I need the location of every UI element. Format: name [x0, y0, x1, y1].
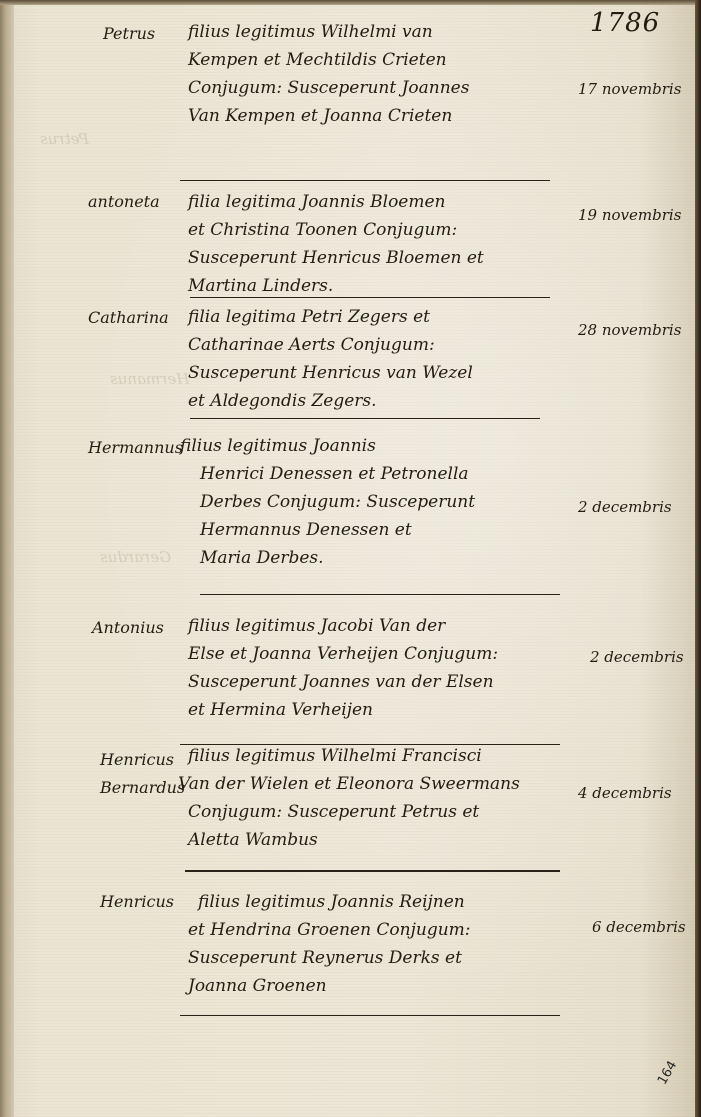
entry-line: Maria Derbes.: [200, 544, 580, 572]
entry-text: filius legitimus Wilhelmi Francisci Van …: [188, 742, 568, 854]
entry-line: et Hermina Verheijen: [188, 696, 568, 724]
baptism-date: 2 decembris: [578, 498, 672, 516]
entry-line: Aletta Wambus: [188, 826, 568, 854]
entry-line: Henrici Denessen et Petronella: [200, 460, 580, 488]
child-name: Henricus Bernardus: [100, 746, 190, 802]
entry-text: filius legitimus Joannis Reijnen et Hend…: [188, 888, 568, 1000]
entry-line: Susceperunt Reynerus Derks et: [188, 944, 568, 972]
baptism-date: 4 decembris: [578, 784, 672, 802]
entry-divider: [190, 418, 540, 419]
entry-line: filius legitimus Jacobi Van der: [188, 612, 568, 640]
entry-line: filius legitimus Joannis: [180, 432, 580, 460]
entry-line: Van Kempen et Joanna Crieten: [188, 102, 568, 130]
entry-line: Conjugum: Susceperunt Joannes: [188, 74, 568, 102]
entry-text: filius legitimus Wilhelmi van Kempen et …: [188, 18, 568, 130]
entry-line: filius legitimus Wilhelmi Francisci: [188, 742, 568, 770]
entry-line: Martina Linders.: [188, 272, 568, 300]
book-edge: [695, 0, 701, 1117]
register-page: Petrus Hermanus Gerardus 1786 Petrus fil…: [0, 0, 696, 1117]
entry-text: filia legitima Joannis Bloemen et Christ…: [188, 188, 568, 300]
folio-number: 164: [655, 1058, 680, 1087]
entry-line: Kempen et Mechtildis Crieten: [188, 46, 568, 74]
entry-text: filius legitimus Joannis Henrici Denesse…: [200, 432, 580, 572]
baptism-date: 19 novembris: [578, 206, 681, 224]
baptism-date: 28 novembris: [578, 321, 681, 339]
bleed-through-text: Gerardus: [100, 548, 171, 566]
year-heading: 1786: [590, 8, 660, 38]
entry-line: Conjugum: Susceperunt Petrus et: [188, 798, 568, 826]
entry-line: Susceperunt Joannes van der Elsen: [188, 668, 568, 696]
entry-line: Susceperunt Henricus van Wezel: [188, 359, 568, 387]
entry-text: filius legitimus Jacobi Van der Else et …: [188, 612, 568, 724]
entry-line: Hermannus Denessen et: [200, 516, 580, 544]
entry-divider: [180, 180, 550, 181]
entry-line: Else et Joanna Verheijen Conjugum:: [188, 640, 568, 668]
entry-line: et Hendrina Groenen Conjugum:: [188, 916, 568, 944]
entry-divider: [200, 594, 560, 595]
baptism-date: 6 decembris: [592, 918, 686, 936]
entry-text: filia legitima Petri Zegers et Catharina…: [188, 303, 568, 415]
baptism-date: 2 decembris: [590, 648, 684, 666]
entry-line: filia legitima Petri Zegers et: [188, 303, 568, 331]
entry-line: Susceperunt Henricus Bloemen et: [188, 244, 568, 272]
entry-line: filius legitimus Joannis Reijnen: [198, 888, 568, 916]
entry-divider: [185, 870, 560, 872]
entry-line: filia legitima Joannis Bloemen: [188, 188, 568, 216]
entry-line: et Aldegondis Zegers.: [188, 387, 568, 415]
child-name: Antonius: [92, 618, 164, 637]
bleed-through-text: Hermanus: [110, 370, 189, 388]
entry-divider: [190, 297, 550, 298]
entry-divider: [180, 1015, 560, 1016]
bleed-through-text: Petrus: [40, 130, 89, 148]
child-name: Petrus: [103, 24, 155, 43]
child-name: antoneta: [88, 192, 160, 211]
entry-line: et Christina Toonen Conjugum:: [188, 216, 568, 244]
child-name: Henricus: [100, 892, 174, 911]
baptism-date: 17 novembris: [578, 80, 681, 98]
entry-line: Catharinae Aerts Conjugum:: [188, 331, 568, 359]
child-name: Hermannus: [88, 438, 183, 457]
entry-line: Joanna Groenen: [188, 972, 568, 1000]
child-name: Catharina: [88, 308, 169, 327]
entry-line: Van der Wielen et Eleonora Sweermans: [178, 770, 568, 798]
entry-line: filius legitimus Wilhelmi van: [188, 18, 568, 46]
entry-line: Derbes Conjugum: Susceperunt: [200, 488, 580, 516]
